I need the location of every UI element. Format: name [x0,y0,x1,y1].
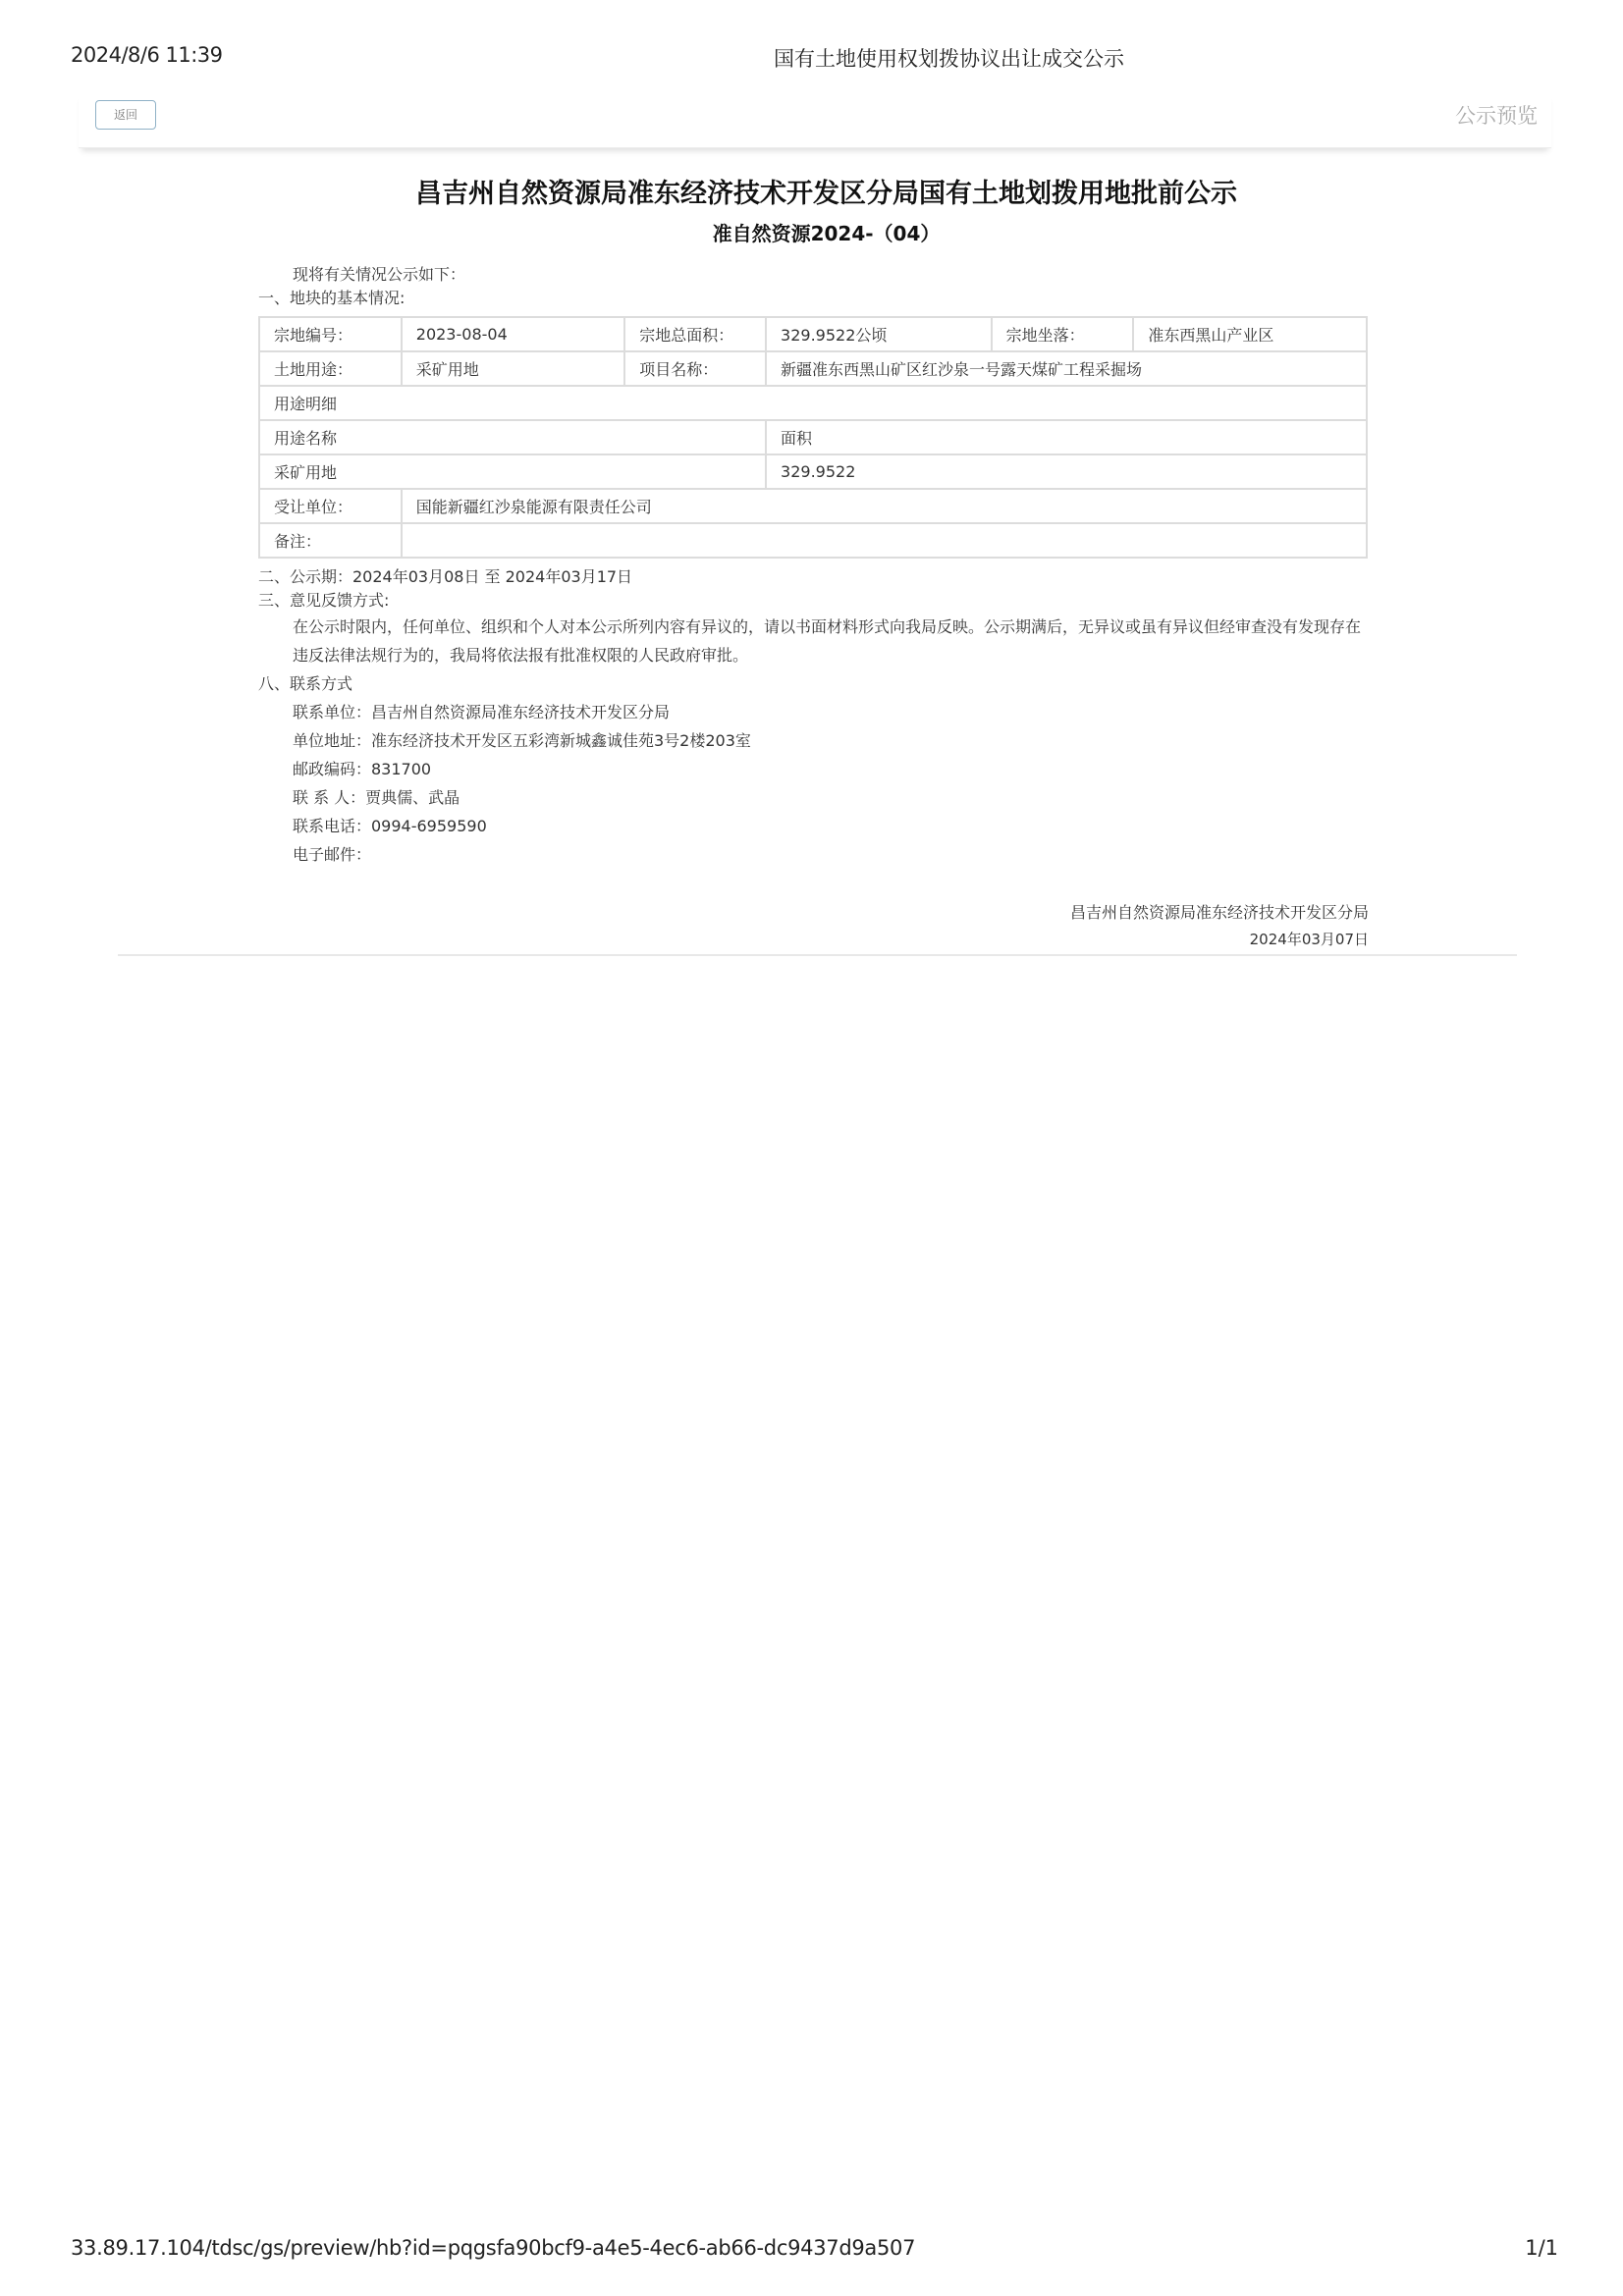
location-value: 准东西黑山产业区 [1133,317,1367,351]
section8-heading: 八、联系方式 [258,669,1368,698]
contact-address: 单位地址：准东经济技术开发区五彩湾新城鑫诚佳苑3号2楼203室 [258,726,1368,755]
signature-date: 2024年03月07日 [1250,929,1369,949]
parcel-info-table: 宗地编号： 2023-08-04 宗地总面积： 329.9522公顷 宗地坐落：… [258,316,1368,559]
parcel-no-label: 宗地编号： [259,317,402,351]
toolbar: 返回 公示预览 [79,92,1551,148]
remarks-label: 备注： [259,523,402,558]
preview-label: 公示预览 [1455,100,1538,130]
section1-heading: 一、地块的基本情况: [258,287,1368,310]
use-name-cell: 采矿用地 [259,454,766,489]
intro-text: 现将有关情况公示如下： [258,263,1368,287]
table-row: 备注： [259,523,1367,558]
table-row: 土地用途： 采矿用地 项目名称： 新疆准东西黑山矿区红沙泉一号露天煤矿工程采掘场 [259,351,1367,386]
section2-period: 二、公示期：2024年03月08日 至 2024年03月17日 [258,565,1368,589]
location-label: 宗地坐落： [992,317,1134,351]
area-column-header: 面积 [766,420,1367,454]
back-button[interactable]: 返回 [95,100,156,130]
table-row: 受让单位： 国能新疆红沙泉能源有限责任公司 [259,489,1367,523]
table-row: 宗地编号： 2023-08-04 宗地总面积： 329.9522公顷 宗地坐落：… [259,317,1367,351]
table-row: 采矿用地 329.9522 [259,454,1367,489]
table-row: 用途明细 [259,386,1367,420]
contact-block: 联系单位：昌吉州自然资源局准东经济技术开发区分局 单位地址：准东经济技术开发区五… [258,698,1368,869]
land-use-value: 采矿用地 [402,351,624,386]
document-number: 准自然资源2024-（04） [0,218,1623,246]
transferee-value: 国能新疆红沙泉能源有限责任公司 [402,489,1367,523]
section3-body: 在公示时限内，任何单位、组织和个人对本公示所列内容有异议的，请以书面材料形式向我… [258,613,1373,669]
land-use-label: 土地用途： [259,351,402,386]
print-footer-url: 33.89.17.104/tdsc/gs/preview/hb?id=pqgsf… [71,2236,915,2260]
parcel-no-value: 2023-08-04 [402,317,624,351]
document-body: 现将有关情况公示如下： 一、地块的基本情况: 宗地编号： 2023-08-04 … [258,263,1368,869]
contact-email: 电子邮件： [258,840,1368,869]
table-row: 用途名称 面积 [259,420,1367,454]
project-name-value: 新疆准东西黑山矿区红沙泉一号露天煤矿工程采掘场 [766,351,1367,386]
transferee-label: 受让单位： [259,489,402,523]
document-title: 昌吉州自然资源局准东经济技术开发区分局国有土地划拨用地批前公示 [0,172,1623,210]
total-area-label: 宗地总面积： [624,317,766,351]
signature-organization: 昌吉州自然资源局准东经济技术开发区分局 [1070,900,1369,923]
use-detail-heading: 用途明细 [259,386,1367,420]
print-page-title: 国有土地使用权划拨协议出让成交公示 [0,43,1623,73]
section3-heading: 三、意见反馈方式: [258,589,1368,613]
contact-person: 联 系 人：贾典儒、武晶 [258,783,1368,812]
contact-phone: 联系电话：0994-6959590 [258,812,1368,840]
use-name-column-header: 用途名称 [259,420,766,454]
project-name-label: 项目名称： [624,351,766,386]
contact-unit: 联系单位：昌吉州自然资源局准东经济技术开发区分局 [258,698,1368,726]
area-cell: 329.9522 [766,454,1367,489]
total-area-value: 329.9522公顷 [766,317,992,351]
bottom-divider [118,954,1517,956]
contact-postcode: 邮政编码：831700 [258,755,1368,783]
print-page-number: 1/1 [1525,2236,1558,2260]
remarks-value [402,523,1367,558]
